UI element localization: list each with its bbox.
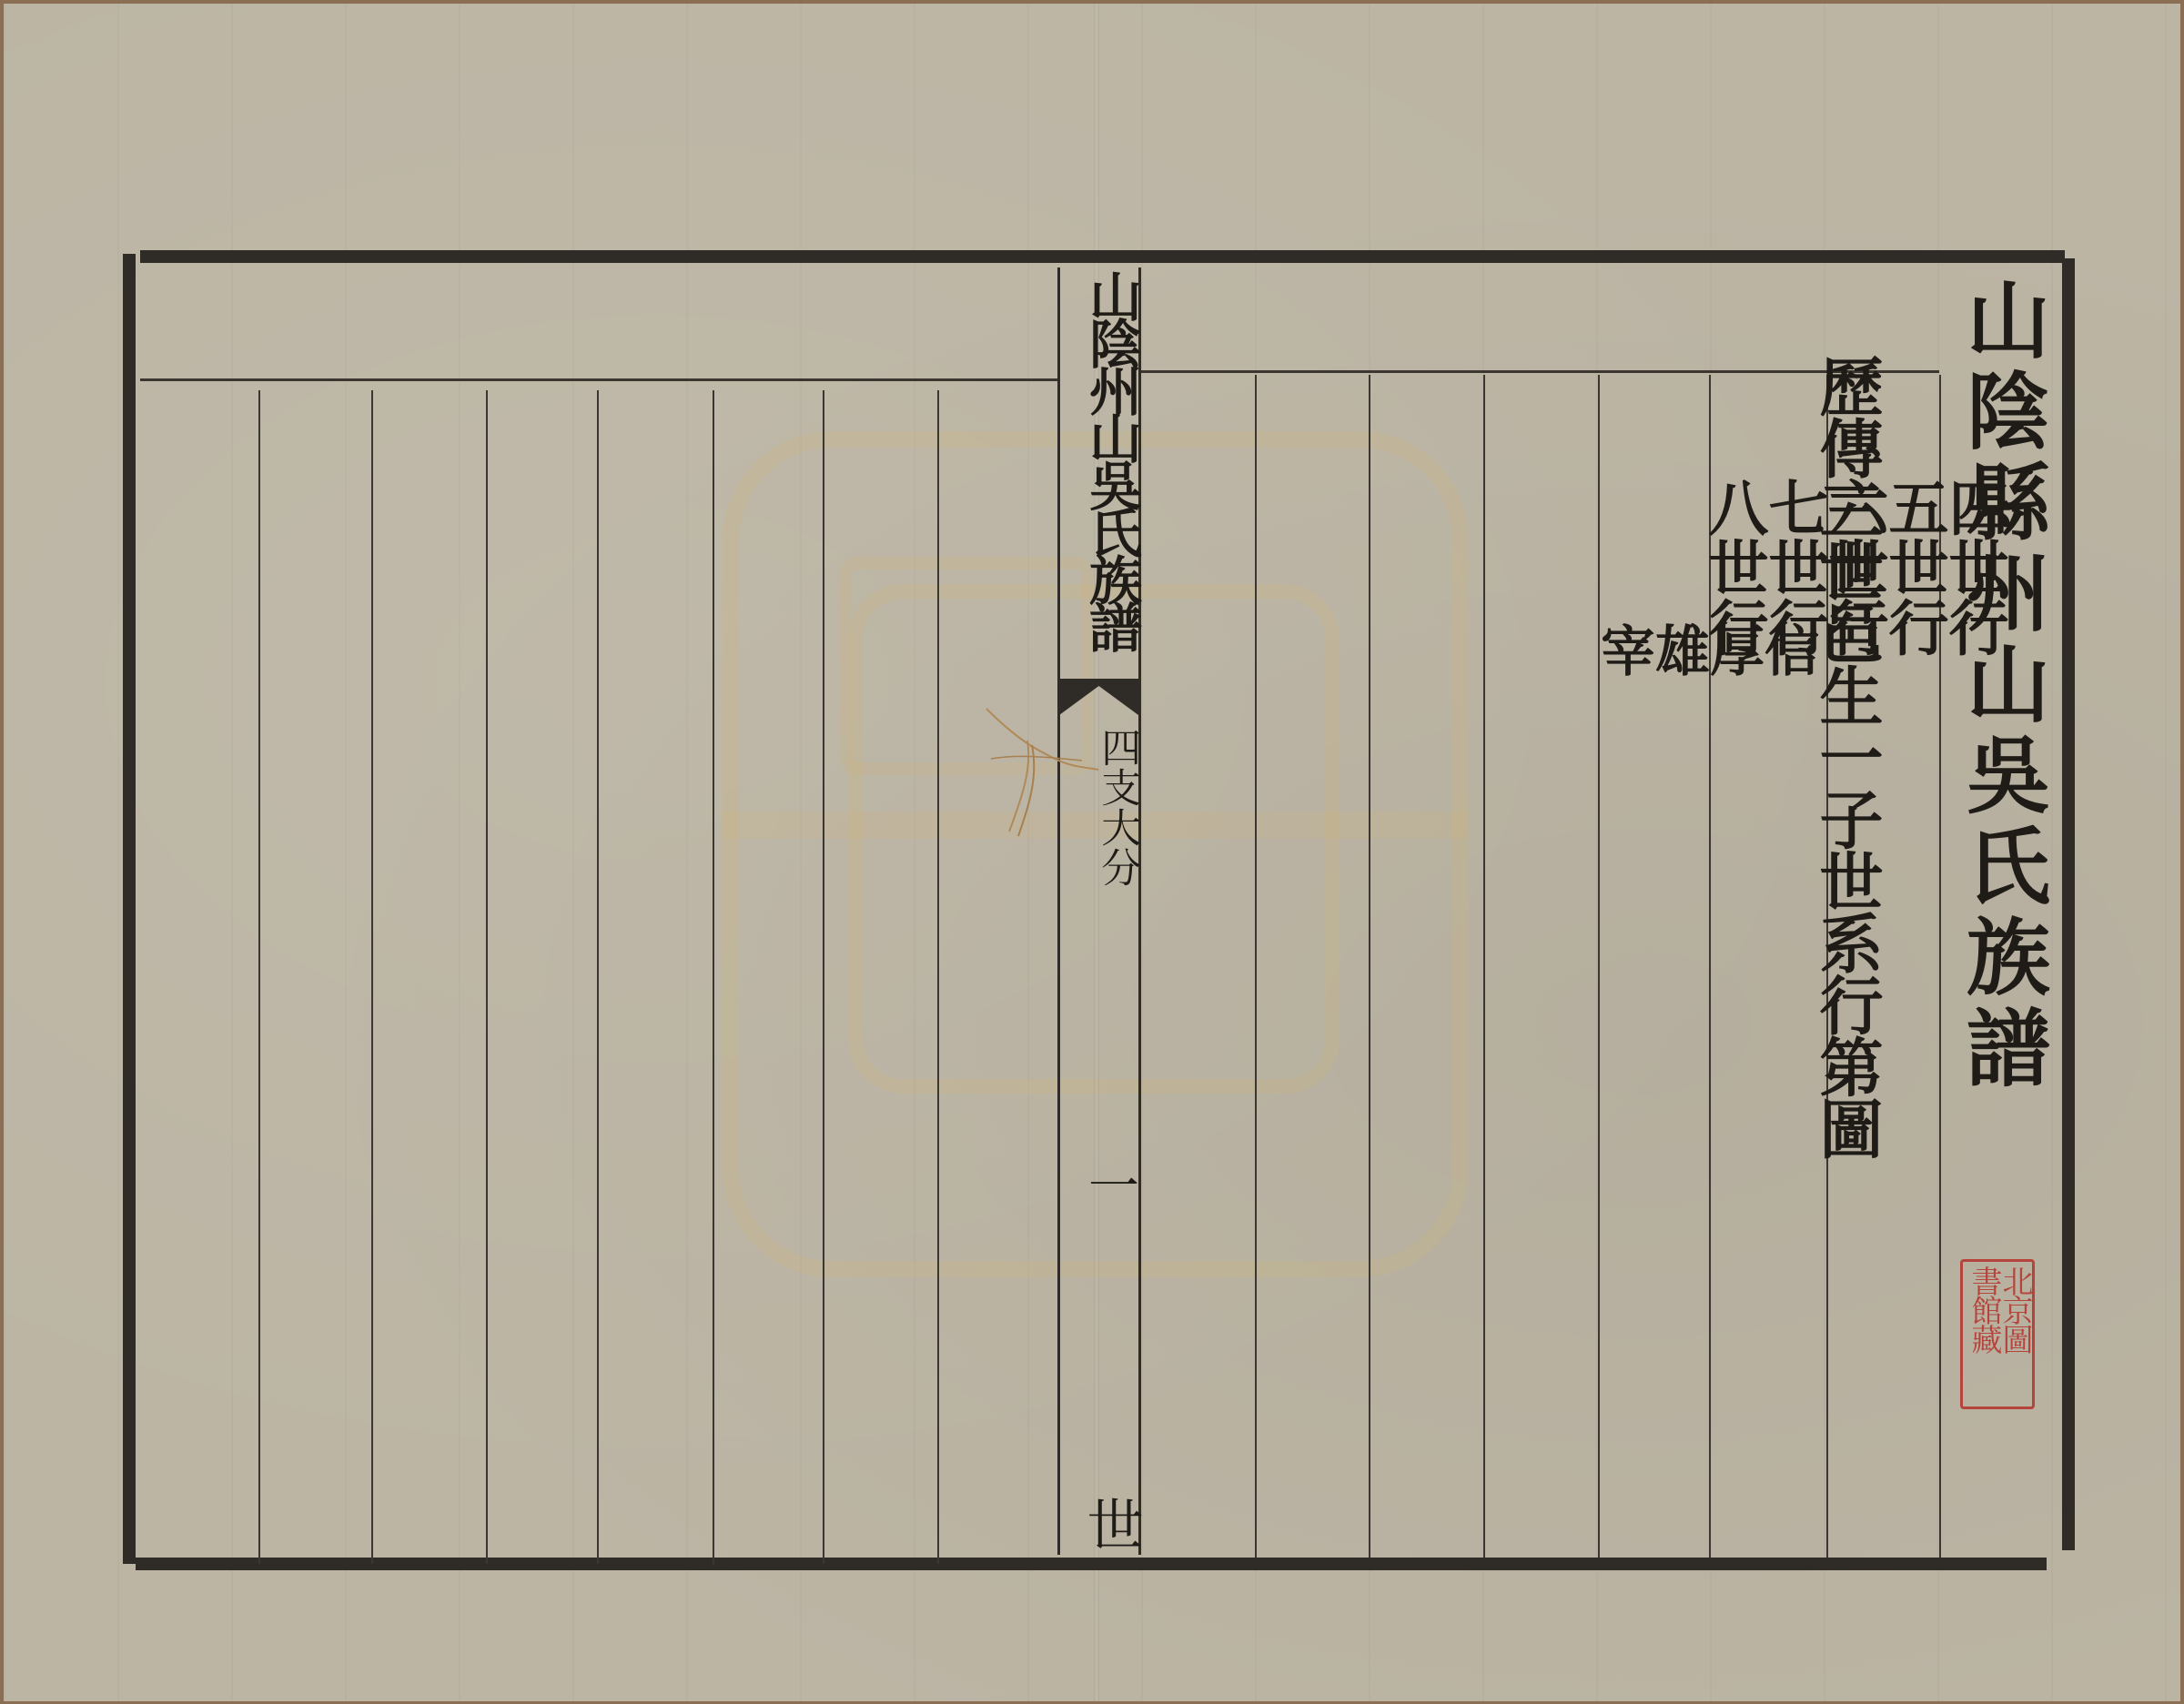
right-column-line [1255,375,1257,1558]
ancestor-name: 宰 [1596,622,1651,677]
ancestor-name: 厚 [1705,622,1760,677]
left-column-line [937,390,939,1564]
right-column-line [1369,375,1370,1558]
right-column-line [1598,375,1600,1558]
ancestor-names: 信 厚 雄 宰 [1596,622,1815,891]
seal-text-column: 北京圖 [1999,1265,2030,1403]
chart-heading: 歷傳三世邑生一子世系行第圖 [1815,354,1878,1158]
collection-seal: 北京圖 書館藏 [1960,1259,2035,1409]
left-column-line [597,390,599,1564]
ancestor-name: 信 [1760,622,1815,677]
book-spread: 山陰州山吳氏族譜 四支大分 一 世 山陰縣州山吳氏族譜 歷傳三世邑生一子世系行第… [4,4,2180,1701]
spine-footer: 世 [1070,1496,1151,1552]
seal-text-column: 書館藏 [1968,1265,1999,1403]
frame-border-left [123,254,136,1564]
frame-border-bottom [136,1558,2047,1570]
left-column-line [486,390,488,1564]
spine-title: 山陰州山吳氏族譜 [1059,269,1137,648]
left-column-line [713,390,714,1564]
left-column-line [823,390,824,1564]
generation-label: 四世行 [1944,477,2004,657]
spine-section: 四支大分 [1096,727,1137,887]
frame-border-right [2062,258,2075,1550]
spine-page-number: 一 [1073,1159,1146,1210]
left-page-header-rule [140,378,1057,381]
binding-thread [982,704,1100,841]
ancestor-name: 雄 [1651,622,1705,677]
generation-label: 五世行 [1884,477,1944,657]
left-column-line [258,390,260,1564]
right-column-line [1483,375,1485,1558]
left-column-line [371,390,373,1564]
frame-border-top [140,250,2065,263]
generation-label: 六世行 [1824,477,1884,657]
